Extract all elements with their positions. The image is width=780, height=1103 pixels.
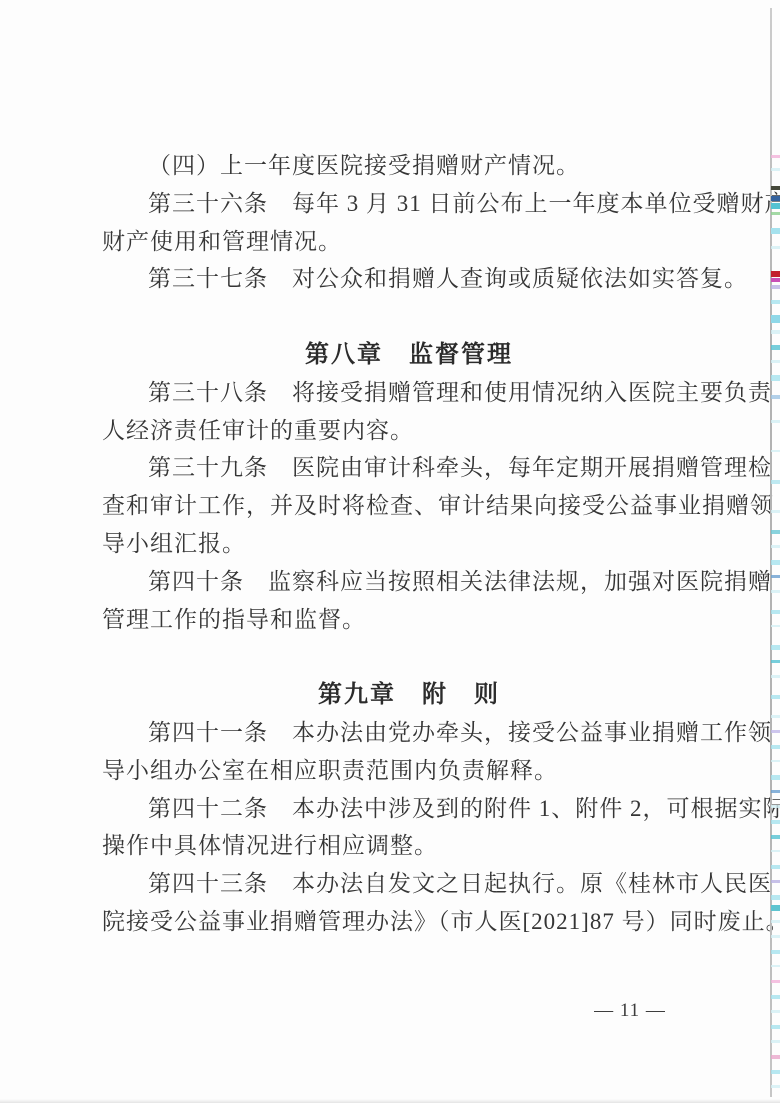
text-line: 查和审计工作，并及时将检查、审计结果向接受公益事业捐赠领 (102, 487, 716, 525)
scan-noise-streak (771, 610, 780, 614)
scan-noise-streak (771, 880, 780, 883)
blank-line (102, 298, 716, 336)
scan-noise-streak (771, 675, 780, 678)
scan-noise-streak (771, 775, 780, 780)
scan-noise-streak (771, 625, 780, 627)
text-line: 导小组办公室在相应职责范围内负责解释。 (102, 752, 716, 790)
scan-noise-streak (771, 1055, 780, 1059)
scan-noise-streak (771, 360, 780, 363)
text-line: 第四十条 监察科应当按照相关法律法规，加强对医院捐赠 (102, 563, 716, 601)
scan-noise-streak (771, 920, 780, 923)
scan-noise-streak (771, 300, 780, 304)
scan-noise-streak (771, 168, 780, 171)
text-line: 第四十三条 本办法自发文之日起执行。原《桂林市人民医 (102, 865, 716, 903)
text-line: 导小组汇报。 (102, 525, 716, 563)
text-line: 第三十八条 将接受捐赠管理和使用情况纳入医院主要负责 (102, 374, 716, 412)
scan-noise-streak (771, 935, 780, 938)
text-line: 院接受公益事业捐赠管理办法》（市人医[2021]87 号）同时废止。 (102, 903, 716, 941)
text-line: 管理工作的指导和监督。 (102, 601, 716, 639)
scan-noise-streak (771, 315, 780, 323)
chapter-heading: 第八章 监督管理 (102, 336, 716, 374)
scan-noise-streak (771, 715, 780, 718)
scan-noise-streak (771, 745, 780, 749)
scan-noise-streak (771, 590, 780, 593)
text-line: 第四十一条 本办法由党办牵头，接受公益事业捐赠工作领 (102, 714, 716, 752)
scan-noise-streak (771, 510, 780, 513)
scan-noise-streak (771, 1070, 780, 1074)
scan-noise-streak (771, 820, 780, 824)
scan-noise-streak (771, 246, 780, 249)
text-line: 第三十七条 对公众和捐赠人查询或质疑依法如实答复。 (102, 260, 716, 298)
scan-noise-streak (771, 420, 780, 423)
scan-noise-streak (771, 330, 780, 334)
scan-noise-streak (771, 730, 780, 733)
scan-noise-streak (771, 1025, 780, 1029)
document-page: （四）上一年度医院接受捐赠财产情况。第三十六条 每年 3 月 31 日前公布上一… (0, 0, 780, 1103)
scan-noise-streak (771, 660, 780, 663)
scan-noise-streak (771, 186, 780, 190)
scan-noise-streak (771, 790, 780, 793)
scan-artifact-strip (764, 0, 780, 1103)
scan-noise-streak (771, 995, 780, 999)
scan-noise-streak (771, 480, 780, 484)
text-line: 操作中具体情况进行相应调整。 (102, 827, 716, 865)
text-line: 第三十六条 每年 3 月 31 日前公布上一年度本单位受赠财产、 (102, 185, 716, 223)
blank-line (102, 638, 716, 676)
scan-noise-streak (771, 1010, 780, 1013)
scan-noise-streak (771, 905, 780, 911)
scan-noise-streak (771, 645, 780, 650)
scan-noise-streak (771, 196, 780, 201)
scan-noise-streak (771, 760, 780, 762)
text-line: 第三十九条 医院由审计科牵头，每年定期开展捐赠管理检 (102, 449, 716, 487)
page-number: — 11 — (558, 1000, 702, 1022)
scan-noise-streak (771, 395, 780, 399)
scan-noise-streak (771, 278, 780, 282)
scan-noise-streak (771, 228, 780, 234)
scan-noise-streak (771, 345, 780, 350)
scan-noise-streak (771, 965, 780, 967)
scan-noise-streak (771, 895, 780, 900)
scan-noise-streak (771, 530, 780, 534)
scan-noise-streak (771, 865, 780, 869)
chapter-heading: 第九章 附 则 (102, 676, 716, 714)
scan-noise-streak (771, 950, 780, 954)
text-line: （四）上一年度医院接受捐赠财产情况。 (102, 147, 716, 185)
scan-noise-streak (771, 980, 780, 983)
scan-noise-streak (771, 560, 780, 565)
scan-noise-streak (771, 805, 780, 808)
text-line: 第四十二条 本办法中涉及到的附件 1、附件 2，可根据实际 (102, 790, 716, 828)
scan-noise-streak (771, 450, 780, 452)
scan-noise-streak (771, 545, 780, 548)
scan-noise-streak (771, 1040, 780, 1043)
scan-noise-streak (771, 1085, 780, 1088)
scan-edge-line (770, 8, 772, 1097)
text-line: 人经济责任审计的重要内容。 (102, 412, 716, 450)
scan-noise-streak (771, 271, 780, 277)
scan-noise-streak (771, 212, 780, 215)
scan-noise-streak (771, 285, 780, 289)
scan-noise-streak (771, 835, 780, 839)
text-column: （四）上一年度医院接受捐赠财产情况。第三十六条 每年 3 月 31 日前公布上一… (102, 147, 716, 941)
scan-noise-streak (771, 375, 780, 381)
scan-noise-streak (771, 850, 780, 852)
scan-noise-streak (771, 203, 780, 209)
scan-bottom-edge (0, 1099, 780, 1103)
scan-noise-streak (771, 575, 780, 578)
text-line: 财产使用和管理情况。 (102, 223, 716, 261)
scan-noise-streak (771, 155, 780, 158)
scan-noise-streak (771, 695, 780, 699)
